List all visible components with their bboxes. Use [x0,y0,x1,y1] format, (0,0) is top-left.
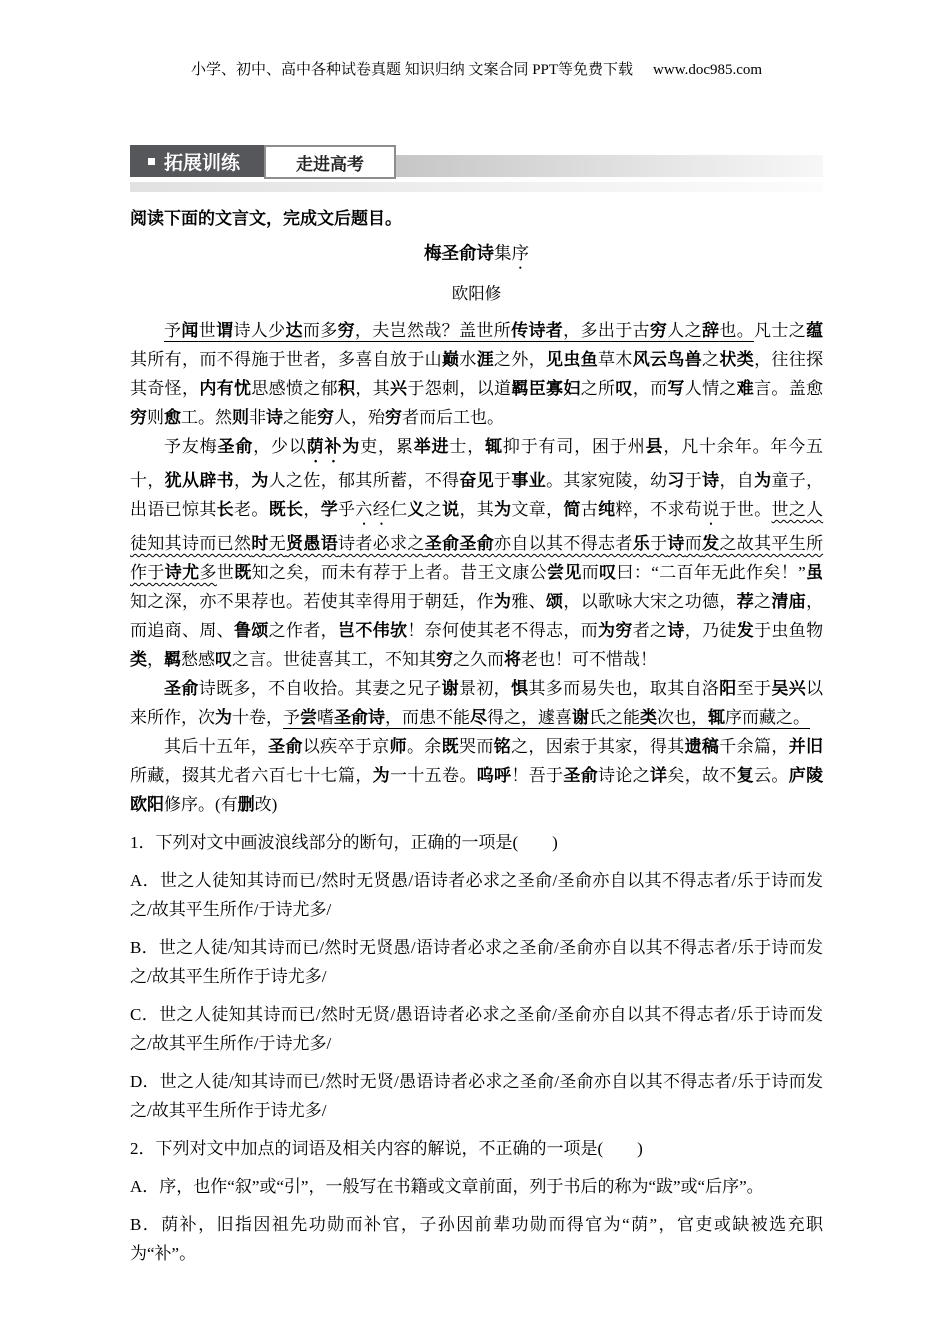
text-run: ，其 [459,500,494,519]
site-header: 小学、初中、高中各种试卷真题 知识归纳 文案合同 PPT等免费下载 www.do… [130,58,823,79]
text-run: 于怨刺，以道 [407,379,511,398]
option-label: B． [130,938,159,957]
text-run: 叹 [615,379,632,398]
text-run: ， [303,500,320,519]
text-run: 风云鸟兽 [633,350,702,369]
text-run: 惧 [511,679,528,698]
text-run: 草木 [598,350,633,369]
text-run: 为 [342,437,360,456]
text-run: 简 [563,500,580,519]
text-run: 仁 [390,500,407,519]
text-run: 则 [232,408,249,427]
text-run: 之 [425,500,442,519]
text-run: 吴兴 [771,679,806,698]
text-run: 世 [199,321,216,340]
text-run: 师 [390,737,407,756]
text-run: 集 [494,243,512,263]
question-2-option-b: B．荫补，旧指因祖先功勋而补官，子孙因前辈功勋而得官为“荫”，官吏或缺被选充职为… [130,1210,823,1268]
text-run: 雅、 [511,592,546,611]
text-run: 为 [494,500,511,519]
text-run: 无 [269,534,286,553]
text-run: 叹 [599,563,616,582]
option-label: C． [130,1005,159,1024]
text-run: 多 [200,563,217,582]
text-run: 为 [598,621,615,640]
text-run: 尝见 [547,563,582,582]
text-run: 并旧 [789,737,823,756]
question-2-option-a: A．序，也作“叙”或“引”，一般写在书籍或文章前面，列于书后的称为“跋”或“后序… [130,1172,823,1201]
text-run: 发 [702,534,719,553]
text-run: 圣俞 [218,437,254,456]
text-run: 岂不伟欤 [338,621,407,640]
text-run: 梅圣俞诗 [424,243,494,263]
text-run: 圣俞 [268,737,303,756]
text-run: 以疾卒于京 [303,737,390,756]
text-run: 之外， [494,350,546,369]
text-run: 十卷， [232,708,283,727]
text-run: 诗 [667,534,684,553]
text-run: 事业 [511,471,546,490]
text-run: 。余 [407,737,442,756]
text-run: 荐 [737,592,754,611]
question-1-option-b: B．世之人徒/知其诗而已/然时无贤愚/语诗者必求之圣俞/圣俞亦自以其不得志者/乐… [130,933,823,991]
option-label: B． [130,1215,161,1234]
banner-secondary-tab: 走进高考 [264,145,396,179]
text-run: 说 [702,500,719,519]
text-run: 尝 [300,708,317,727]
text-run: 圣俞 [164,679,199,698]
text-run: 辄 [485,437,503,456]
text-run: 千余篇， [719,737,788,756]
text-run: 愁感 [181,650,215,669]
text-run: 类 [640,708,657,727]
text-run: 知之矣，而未有荐于上者。昔王文康公 [252,563,547,582]
text-run: 时 [251,534,268,553]
text-run: 非 [249,408,266,427]
question-1-stem: 1．下列对文中画波浪线部分的断句，正确的一项是( ) [130,828,823,857]
question-2-stem: 2．下列对文中加点的词语及相关内容的解说，不正确的一项是( ) [130,1134,823,1163]
text-run: 景初， [459,679,511,698]
text-run: 嗜 [317,708,334,727]
text-run: 积 [338,379,355,398]
text-run: 工。然 [181,408,232,427]
text-run: 状类 [719,350,754,369]
text-run: 之久而 [453,650,504,669]
text-run: 遗稿 [685,737,720,756]
text-run: 诗 [702,471,719,490]
text-run: 予 [164,321,181,340]
text-run: 则 [147,408,164,427]
text-run: 内有忧 [199,379,251,398]
text-run: ！奈何使其老不得志，而 [407,621,598,640]
text-run: 老也！可不惜哉！ [521,650,657,669]
text-run: 之 [754,592,771,611]
text-run: 辞 [702,321,719,340]
text-run: 荫补 [307,437,343,456]
section-banner: 拓展训练 走进高考 [130,145,823,179]
text-run: 序 [512,243,530,263]
text-run: ！吾于 [511,766,563,785]
text-run: 圣俞 [563,766,598,785]
question-1-option-a: A．世之人徒知其诗而已/然时无贤愚/语诗者必求之圣俞/圣俞亦自以其不得志者/乐于… [130,866,823,924]
text-run: 诗既多，不自收拾。其妻之兄子 [199,679,442,698]
text-run: 达 [286,321,303,340]
text-run: 奋见 [459,471,494,490]
text-run: 改) [255,795,278,814]
text-run: 发 [737,621,754,640]
text-run: 穷 [650,321,667,340]
text-run: 水 [459,350,476,369]
text-run: 吏，累 [360,437,414,456]
text-run: 亦自以其不得志者 [494,534,633,553]
text-run: 既 [442,737,459,756]
question-number: 2． [130,1139,156,1158]
text-run: 于世。 [720,500,772,519]
text-run: 县 [646,437,664,456]
text-run: 而 [685,534,702,553]
text-run: 其所有，而不得施于世者，多喜自放于山 [130,350,442,369]
option-text: 世之人徒知其诗而已/然时无贤愚/语诗者必求之圣俞/圣俞亦自以其不得志者/乐于诗而… [130,871,823,919]
text-run: 难 [737,379,754,398]
text-run: ，自 [719,471,754,490]
text-run: 删 [238,795,255,814]
text-run: 习 [667,471,684,490]
text-run: ， [147,650,164,669]
text-run: ，多出于古 [563,321,650,340]
text-run: 穷 [385,408,402,427]
text-run: 纯 [598,500,615,519]
text-run: 阳 [719,679,736,698]
text-run: 于虫鱼物 [754,621,823,640]
banner-primary-tab: 拓展训练 [130,145,264,177]
text-run: 长 [217,500,234,519]
text-run: 所藏，掇其尤者六百七十七篇， [130,766,373,785]
option-text: 序，也作“叙”或“引”，一般写在书籍或文章前面，列于书后的称为“跋”或“后序”。 [159,1177,763,1196]
text-run: 序而藏之。 [725,708,810,727]
text-run: 犹从辟书 [165,471,234,490]
text-run: 诗者必求之 [338,534,425,553]
text-run: 之能 [283,408,317,427]
text-run: 羁臣寡妇 [511,379,580,398]
text-run: ，其 [355,379,390,398]
text-run: 谓 [216,321,233,340]
text-run: 蕴 [806,321,823,340]
text-run: 复 [737,766,754,785]
text-run: 穷 [130,408,147,427]
text-run: 为 [251,471,268,490]
text-run: 之 [702,350,719,369]
text-run: 兴 [390,379,407,398]
text-run: 老。 [234,500,269,519]
text-run: 于 [650,534,667,553]
text-run: 者而后工也。 [402,408,504,427]
text-run: 士， [449,437,485,456]
text-run: 予 [283,708,300,727]
banner-primary-label: 拓展训练 [164,148,240,175]
paragraph-2: 予友梅圣俞，少以荫补为吏，累举进士，辄抑于有司，困于州县，凡十余年。年今五十，犹… [130,432,823,674]
text-run: 古 [581,500,598,519]
text-run: 诗尤 [165,563,200,582]
text-run: ，乃徒 [685,621,737,640]
text-run: 鲁颂 [234,621,269,640]
text-run: 而 [582,563,599,582]
text-run: 穷 [615,621,632,640]
text-run: 义 [407,500,424,519]
paragraph-4: 其后十五年，圣俞以疾卒于京师。余既哭而铭之，因索于其家，得其遗稿千余篇，并旧所藏… [130,732,823,819]
text-run: 世 [217,563,234,582]
text-run: 思感愤之郁 [251,379,338,398]
text-run: 诗人少 [233,321,285,340]
text-run: 凡士之 [754,321,806,340]
question-1-option-c: C．世之人徒知其诗而已/然时无贤/愚语诗者必求之圣俞/圣俞亦自以其不得志者/乐于… [130,1000,823,1058]
author: 欧阳修 [130,279,823,308]
text-run: 为 [494,592,511,611]
text-run: 为 [215,708,232,727]
text-run: 呜呼 [477,766,512,785]
square-bullet-icon [148,158,155,165]
text-run: 谢 [442,679,459,698]
paragraph-3: 圣俞诗既多，不自收拾。其妻之兄子谢景初，惧其多而易失也，取其自洛阳至于吴兴以来所… [130,674,823,732]
question-1-option-d: D．世之人徒/知其诗而已/然时无贤/愚语诗者必求之圣俞/圣俞亦自以其不得志者/乐… [130,1067,823,1125]
text-run: 人，殆 [334,408,385,427]
text-run: 圣俞圣俞 [425,534,494,553]
text-run: 氏之能 [589,708,640,727]
text-run: 知之深，亦不果荐也。若使其幸得用于朝廷，作 [130,592,494,611]
text-run: 至于 [737,679,772,698]
text-run: 圣俞诗 [334,708,385,727]
text-run: 愈 [164,408,181,427]
text-run: ，夫岂然哉？盖世所 [355,321,511,340]
text-run: 叹 [215,650,232,669]
text-run: 得之，遽喜 [487,708,572,727]
text-run: 言。盖愈 [754,379,823,398]
text-run: 涯 [477,350,494,369]
text-run: 巅 [442,350,459,369]
text-run: 羁 [164,650,181,669]
text-run: 也。 [719,321,754,340]
text-run: 而多 [303,321,338,340]
text-run: 矣，故不 [667,766,736,785]
text-run: ， [234,471,251,490]
text-run: 为 [373,766,390,785]
question-stem-text: 下列对文中加点的词语及相关内容的解说，不正确的一项是( ) [156,1139,643,1158]
option-text: 世之人徒知其诗而已/然时无贤/愚语诗者必求之圣俞/圣俞亦自以其不得志者/乐于诗而… [130,1005,823,1053]
option-label: D． [130,1072,160,1091]
banner-secondary-label: 走进高考 [296,150,364,175]
text-run: 为 [754,471,771,490]
text-run: 文章， [511,500,563,519]
text-run: 其多而易失也，取其自洛 [528,679,719,698]
text-run: 其后十五年， [164,737,268,756]
text-run: 铭 [494,737,511,756]
text-run: 。其家宛陵，幼 [546,471,667,490]
text-run: 既 [234,563,251,582]
text-run: 贤愚语 [286,534,338,553]
text-run: 修序。(有 [164,795,238,814]
option-text: 世之人徒/知其诗而已/然时无贤愚/语诗者必求之圣俞/圣俞亦自以其不得志者/乐于诗… [130,938,823,986]
option-label: A． [130,871,160,890]
text-run: 于 [685,471,702,490]
text-run: 人之 [667,321,702,340]
text-run: 抑于有司，困于州 [503,437,646,456]
text-run: 清庙 [771,592,806,611]
text-run: 举进 [414,437,450,456]
text-run: 虽 [806,563,823,582]
text-run: 闻 [181,321,198,340]
text-run: 诗 [266,408,283,427]
text-run: 予友梅 [164,437,218,456]
site-url-link[interactable]: www.doc985.com [653,62,762,79]
banner-gradient-bar [396,155,823,177]
text-run: 穷 [436,650,453,669]
text-run: 尽 [470,708,487,727]
text-run: 之言。世徒喜其工，不知其 [232,650,436,669]
text-run: 见虫鱼 [546,350,598,369]
text-run: 详 [650,766,667,785]
option-text: 世之人徒/知其诗而已/然时无贤/愚语诗者必求之圣俞/圣俞亦自以其不得志者/乐于诗… [130,1072,823,1120]
text-run: 乐 [633,534,650,553]
text-run: 次也， [657,708,708,727]
text-run: 者之 [633,621,668,640]
text-run: 颂 [546,592,563,611]
text-run: 之，因索于其家，得其 [511,737,685,756]
text-run: 乎 [338,500,355,519]
text-run: 于 [494,471,511,490]
text-run: 写 [667,379,684,398]
text-run: ，少以 [253,437,307,456]
text-run: 类 [130,650,147,669]
option-label: A． [130,1177,159,1196]
text-run: 穷 [338,321,355,340]
text-run: 之所 [581,379,616,398]
option-text: 荫补，旧指因祖先功勋而补官，子孙因前辈功勋而得官为“荫”，官吏或缺被选充职为“补… [130,1215,823,1263]
text-run: 将 [504,650,521,669]
paragraph-1: 予闻世谓诗人少达而多穷，夫岂然哉？盖世所传诗者，多出于古穷人之辞也。凡士之蕴其所… [130,316,823,432]
text-run: 人情之 [685,379,737,398]
text-run: 谢 [572,708,589,727]
text-run: ，以歌咏大宋之功德， [563,592,736,611]
text-run: 穷 [317,408,334,427]
intro-instruction: 阅读下面的文言文，完成文后题目。 [130,204,823,229]
text-run: 诗论之 [598,766,650,785]
text-run: ，而 [633,379,668,398]
text-run: 一十五卷。 [390,766,477,785]
text-run: 曰：“二百年无此作矣！” [616,563,805,582]
question-number: 1． [130,833,156,852]
text-run: 六经 [355,500,390,519]
text-run: 说 [442,500,459,519]
text-run: 传诗者 [511,321,563,340]
text-run: 学 [321,500,338,519]
doc-title: 梅圣俞诗集序 [130,239,823,273]
text-run: 粹，不求苟 [615,500,702,519]
exam-document-page: 小学、初中、高中各种试卷真题 知识归纳 文案合同 PPT等免费下载 www.do… [0,0,950,1344]
text-run: 辄 [708,708,725,727]
question-stem-text: 下列对文中画波浪线部分的断句，正确的一项是( ) [156,833,558,852]
text-run: ，而患不能 [385,708,470,727]
site-header-text: 小学、初中、高中各种试卷真题 知识归纳 文案合同 PPT等免费下载 [191,58,633,79]
text-run: 哭而 [459,737,494,756]
text-run: 既长 [269,500,304,519]
text-run: 人之佐，郁其所蓄，不得 [269,471,460,490]
text-run: 云。 [754,766,789,785]
text-run: 之作者， [269,621,338,640]
text-run: 诗 [667,621,684,640]
banner-substrip [130,182,823,192]
